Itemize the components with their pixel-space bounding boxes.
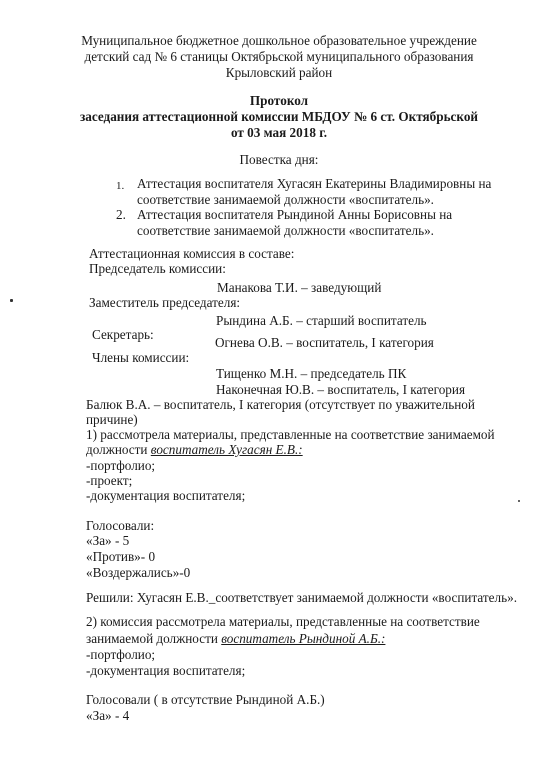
item1-position-prefix: должности	[86, 442, 151, 457]
deputy-name: Рындина А.Б. – старший воспитатель	[216, 313, 427, 329]
vote-heading: Голосовали:	[86, 518, 154, 534]
material-item: -документация воспитателя;	[86, 488, 245, 504]
commission-intro: Аттестационная комиссия в составе:	[89, 246, 294, 262]
item2-position-prefix: занимаемой должности	[86, 631, 221, 646]
item1-candidate: воспитатель Хугасян Е.В.:	[151, 442, 303, 457]
doc-date: от 03 мая 2018 г.	[0, 125, 558, 141]
material-item: -проект;	[86, 473, 132, 489]
doc-subtitle: заседания аттестационной комиссии МБДОУ …	[0, 109, 558, 125]
chair-label: Председатель комиссии:	[89, 261, 226, 277]
item1-text: 1) рассмотрела материалы, представленные…	[86, 427, 495, 443]
agenda-heading: Повестка дня:	[0, 152, 558, 168]
agenda-item-text: Аттестация воспитателя Хугасян Екатерины…	[137, 176, 491, 192]
material-item: -портфолио;	[86, 458, 155, 474]
org-name-line1: Муниципальное бюджетное дошкольное образ…	[0, 33, 558, 49]
vote-result: «Воздержались»-0	[86, 565, 190, 581]
item2-candidate: воспитатель Рындиной А.Б.:	[221, 631, 385, 646]
secretary-name: Огнева О.В. – воспитатель, I категория	[215, 335, 434, 351]
member-name: Наконечная Ю.В. – воспитатель, I категор…	[216, 382, 465, 398]
decision-text: Решили: Хугасян Е.В._соответствует заним…	[86, 590, 517, 606]
item2-text-line2: занимаемой должности воспитатель Рындино…	[86, 631, 385, 647]
vote-result: «За» - 4	[86, 708, 129, 724]
material-item: -портфолио;	[86, 647, 155, 663]
org-name-line3: Крыловский район	[0, 65, 558, 81]
member-name: Тищенко М.Н. – председатель ПК	[216, 366, 406, 382]
absent-member-line1: Балюк В.А. – воспитатель, I категория (о…	[86, 397, 475, 413]
vote-result: «За» - 5	[86, 533, 129, 549]
agenda-item-text: соответствие занимаемой должности «воспи…	[137, 223, 434, 239]
secretary-label: Секретарь:	[92, 327, 154, 343]
absent-member-line2: причине)	[86, 412, 138, 428]
scan-speck	[10, 299, 13, 302]
org-name-line2: детский сад № 6 станицы Октябрьской муни…	[0, 49, 558, 65]
vote-result: «Против»- 0	[86, 549, 155, 565]
agenda-item-text: соответствие занимаемой должности «воспи…	[137, 192, 434, 208]
doc-title: Протокол	[0, 93, 558, 109]
material-item: -документация воспитателя;	[86, 663, 245, 679]
agenda-item-number: 1.	[116, 178, 124, 194]
item2-text: 2) комиссия рассмотрела материалы, предс…	[86, 614, 480, 630]
agenda-item-text: Аттестация воспитателя Рындиной Анны Бор…	[137, 207, 452, 223]
scan-speck	[518, 500, 520, 502]
chair-name: Манакова Т.И. – заведующий	[217, 280, 381, 296]
vote-heading: Голосовали ( в отсутствие Рындиной А.Б.)	[86, 692, 325, 708]
members-label: Члены комиссии:	[92, 350, 189, 366]
deputy-label: Заместитель председателя:	[89, 295, 240, 311]
item1-text-line2: должности воспитатель Хугасян Е.В.:	[86, 442, 303, 458]
agenda-item-number: 2.	[116, 207, 126, 223]
